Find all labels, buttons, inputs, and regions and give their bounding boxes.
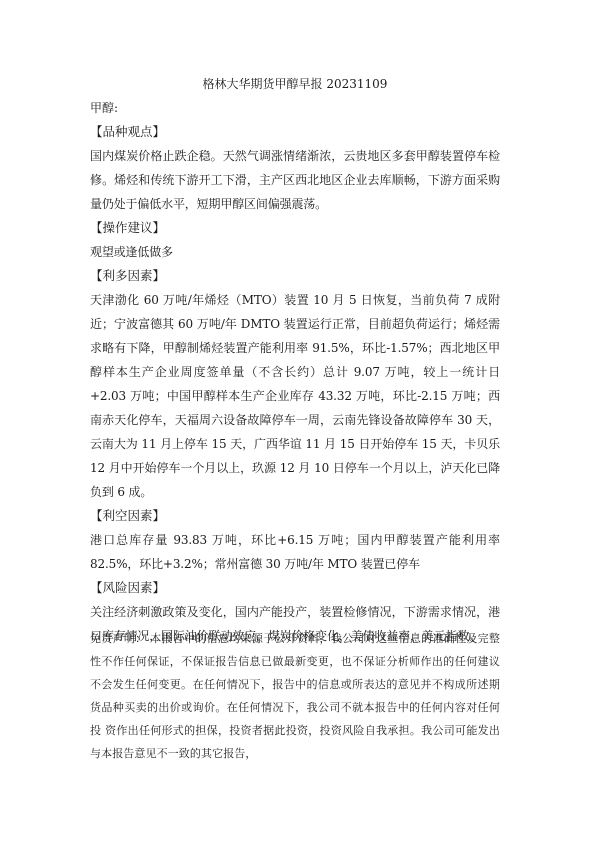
disclaimer-text: 免责声明： 本报告中的信息均来源于公开资料，我公司对这些信息的准确性及完整性不作… (90, 627, 500, 765)
section-body-advice: 观望或逢低做多 (90, 240, 500, 264)
section-body-bullish: 天津渤化 60 万吨/年烯烃（MTO）装置 10 月 5 日恢复，当前负荷 7 … (90, 288, 500, 504)
commodity-label: 甲醇: (90, 96, 500, 120)
report-page: 格林大华期货甲醇早报 20231109 甲醇: 【品种观点】 国内煤炭价格止跌企… (90, 74, 500, 648)
section-heading-bearish: 【利空因素】 (90, 504, 500, 528)
section-heading-bullish: 【利多因素】 (90, 264, 500, 288)
report-title: 格林大华期货甲醇早报 20231109 (90, 74, 500, 94)
section-body-view: 国内煤炭价格止跌企稳。天然气调涨情绪渐浓，云贵地区多套甲醇装置停车检修。烯烃和传… (90, 144, 500, 216)
section-heading-risk: 【风险因素】 (90, 576, 500, 600)
section-heading-advice: 【操作建议】 (90, 216, 500, 240)
section-body-bearish: 港口总库存量 93.83 万吨，环比+6.15 万吨；国内甲醇装置产能利用率 8… (90, 528, 500, 576)
section-heading-view: 【品种观点】 (90, 120, 500, 144)
